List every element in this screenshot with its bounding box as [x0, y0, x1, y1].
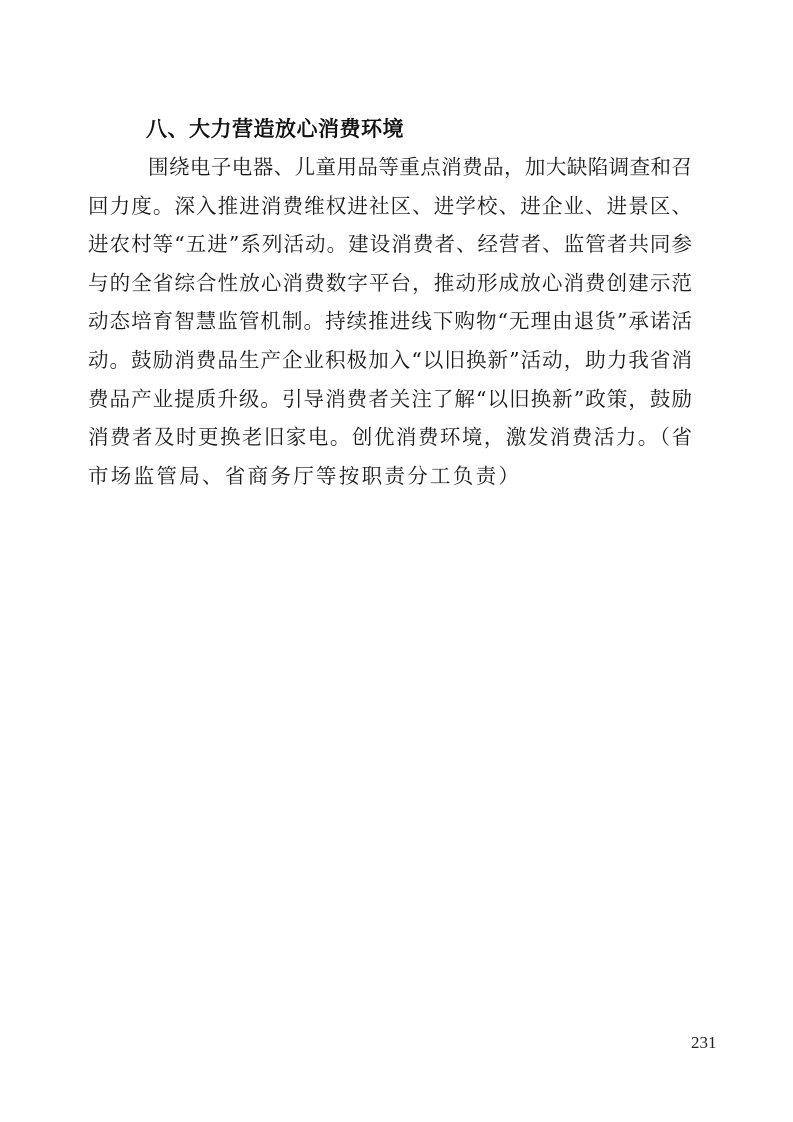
paragraph-line: 动态培育智慧监管机制。持续推进线下购物“无理由退货”承诺活 — [88, 306, 692, 345]
paragraph-line: 进农村等“五进”系列活动。建设消费者、经营者、监管者共同参 — [88, 229, 692, 268]
paragraph-line: 与的全省综合性放心消费数字平台，推动形成放心消费创建示范 — [88, 268, 692, 307]
document-page: 八、大力营造放心消费环境 围绕电子电器、儿童用品等重点消费品，加大缺陷调查和召 … — [0, 0, 793, 1122]
paragraph-line: 动。鼓励消费品生产企业积极加入“以旧换新”活动，助力我省消 — [88, 345, 692, 384]
section-heading: 八、大力营造放心消费环境 — [146, 114, 404, 144]
section-paragraph: 围绕电子电器、儿童用品等重点消费品，加大缺陷调查和召 回力度。深入推进消费维权进… — [88, 152, 692, 499]
paragraph-line: 消费者及时更换老旧家电。创优消费环境，激发消费活力。（省 — [88, 422, 692, 461]
paragraph-line: 回力度。深入推进消费维权进社区、进学校、进企业、进景区、 — [88, 191, 692, 230]
page-number: 231 — [691, 1033, 717, 1053]
paragraph-line: 费品产业提质升级。引导消费者关注了解“以旧换新”政策，鼓励 — [88, 384, 692, 423]
paragraph-line: 市场监管局、省商务厅等按职责分工负责） — [88, 461, 692, 500]
paragraph-line: 围绕电子电器、儿童用品等重点消费品，加大缺陷调查和召 — [88, 152, 692, 191]
